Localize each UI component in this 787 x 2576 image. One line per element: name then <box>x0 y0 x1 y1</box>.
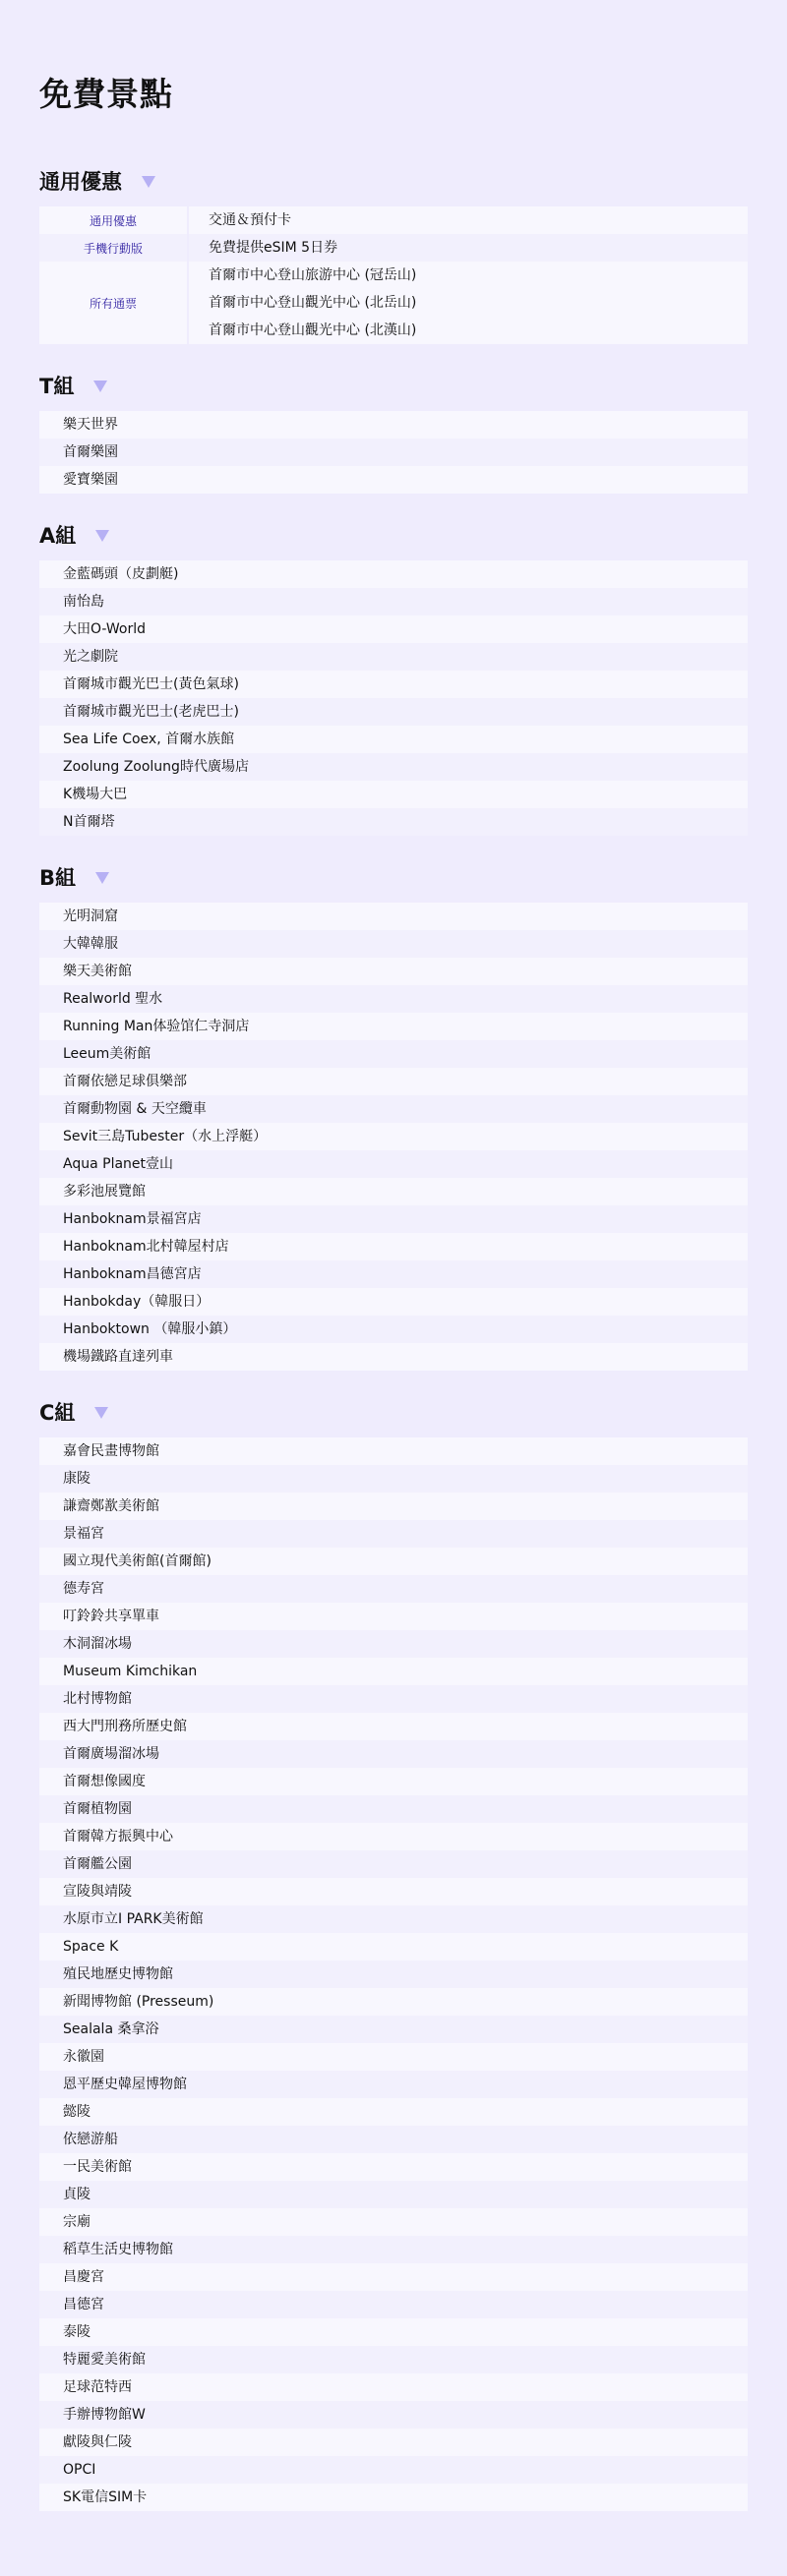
list-item: 愛寶樂園 <box>39 466 748 494</box>
section-title: A組 <box>39 519 76 553</box>
attraction-list: 嘉會民畫博物館康陵謙齋鄭歚美術館景福宮國立現代美術館(首爾館)德寿宮叮鈴鈴共享單… <box>39 1437 748 2511</box>
list-item: 手辦博物館W <box>39 2401 748 2429</box>
page: 免費景點 通用優惠 通用優惠交通＆預付卡手機行動版免費提供eSIM 5日券所有通… <box>0 0 787 2576</box>
row-values: 免費提供eSIM 5日券 <box>189 234 748 262</box>
list-item: 首爾廣場溜冰場 <box>39 1740 748 1768</box>
list-item: 多彩池展覽館 <box>39 1178 748 1205</box>
list-item: 永徽園 <box>39 2043 748 2071</box>
list-item: 宣陵與靖陵 <box>39 1878 748 1905</box>
row-label: 所有通票 <box>39 262 189 344</box>
list-item: 叮鈴鈴共享單車 <box>39 1603 748 1630</box>
list-item: 大田O-World <box>39 615 748 643</box>
list-item: 首爾動物園 & 天空纜車 <box>39 1095 748 1123</box>
section-header[interactable]: A組 <box>39 519 748 553</box>
row-value: 交通＆預付卡 <box>209 206 748 234</box>
list-item: 光之劇院 <box>39 643 748 671</box>
list-item: 獻陵與仁陵 <box>39 2429 748 2456</box>
row-value: 免費提供eSIM 5日券 <box>209 234 748 262</box>
list-item: Hanboktown （韓服小鎮） <box>39 1316 748 1343</box>
list-item: 南怡島 <box>39 588 748 615</box>
attraction-list: 樂天世界首爾樂園愛寶樂園 <box>39 411 748 494</box>
list-item: Zoolung Zoolung時代廣場店 <box>39 753 748 781</box>
table-row: 所有通票首爾市中心登山旅游中心 (冠岳山)首爾市中心登山觀光中心 (北岳山)首爾… <box>39 262 748 344</box>
list-item: Hanboknam昌德宮店 <box>39 1260 748 1288</box>
list-item: 足球范特西 <box>39 2373 748 2401</box>
list-item: 景福宮 <box>39 1520 748 1548</box>
section-group: B組光明洞窟大韓韓服樂天美術館Realworld 聖水Running Man体验… <box>39 861 748 1371</box>
list-item: Hanboknam北村韓屋村店 <box>39 1233 748 1260</box>
list-item: 特麗愛美術館 <box>39 2346 748 2373</box>
list-item: 懿陵 <box>39 2098 748 2126</box>
section-title: C組 <box>39 1396 75 1430</box>
list-item: 首爾想像國度 <box>39 1768 748 1795</box>
section-header[interactable]: T組 <box>39 370 748 403</box>
section-general: 通用優惠 通用優惠交通＆預付卡手機行動版免費提供eSIM 5日券所有通票首爾市中… <box>39 165 748 344</box>
row-values: 交通＆預付卡 <box>189 206 748 234</box>
list-item: 德寿宮 <box>39 1575 748 1603</box>
list-item: 水原市立I PARK美術館 <box>39 1905 748 1933</box>
list-item: SK電信SIM卡 <box>39 2484 748 2511</box>
list-item: 首爾城市觀光巴士(老虎巴士) <box>39 698 748 726</box>
list-item: 首爾城市觀光巴士(黃色氣球) <box>39 671 748 698</box>
general-benefits-table: 通用優惠交通＆預付卡手機行動版免費提供eSIM 5日券所有通票首爾市中心登山旅游… <box>39 206 748 344</box>
row-values: 首爾市中心登山旅游中心 (冠岳山)首爾市中心登山觀光中心 (北岳山)首爾市中心登… <box>189 262 748 344</box>
section-header[interactable]: B組 <box>39 861 748 895</box>
list-item: 康陵 <box>39 1465 748 1493</box>
list-item: 嘉會民畫博物館 <box>39 1437 748 1465</box>
list-item: 謙齋鄭歚美術館 <box>39 1493 748 1520</box>
list-item: 北村博物館 <box>39 1685 748 1713</box>
list-item: OPCI <box>39 2456 748 2484</box>
list-item: 首爾艦公園 <box>39 1850 748 1878</box>
chevron-down-icon[interactable] <box>95 872 109 884</box>
list-item: 機場鐵路直達列車 <box>39 1343 748 1371</box>
list-item: 一民美術館 <box>39 2153 748 2181</box>
list-item: 國立現代美術館(首爾館) <box>39 1548 748 1575</box>
chevron-down-icon[interactable] <box>94 1407 108 1419</box>
list-item: 首爾植物園 <box>39 1795 748 1823</box>
list-item: Leeum美術館 <box>39 1040 748 1068</box>
list-item: 樂天美術館 <box>39 958 748 985</box>
list-item: N首爾塔 <box>39 808 748 836</box>
list-item: 恩平歷史韓屋博物館 <box>39 2071 748 2098</box>
table-row: 通用優惠交通＆預付卡 <box>39 206 748 234</box>
list-item: 大韓韓服 <box>39 930 748 958</box>
chevron-down-icon[interactable] <box>142 176 155 188</box>
list-item: 金藍碼頭（皮劃艇) <box>39 560 748 588</box>
list-item: 昌德宮 <box>39 2291 748 2318</box>
list-item: 新聞博物館 (Presseum) <box>39 1988 748 2016</box>
list-item: Hanboknam景福宮店 <box>39 1205 748 1233</box>
list-item: 稻草生活史博物館 <box>39 2236 748 2263</box>
section-group: C組嘉會民畫博物館康陵謙齋鄭歚美術館景福宮國立現代美術館(首爾館)德寿宮叮鈴鈴共… <box>39 1396 748 2511</box>
section-title: 通用優惠 <box>39 165 122 199</box>
row-value: 首爾市中心登山旅游中心 (冠岳山) <box>209 262 748 289</box>
list-item: Sevit三島Tubester（水上浮艇） <box>39 1123 748 1150</box>
groups-container: T組樂天世界首爾樂園愛寶樂園A組金藍碼頭（皮劃艇)南怡島大田O-World光之劇… <box>39 370 748 2511</box>
list-item: 殖民地歷史博物館 <box>39 1961 748 1988</box>
section-title: T組 <box>39 370 74 403</box>
list-item: Museum Kimchikan <box>39 1658 748 1685</box>
list-item: Realworld 聖水 <box>39 985 748 1013</box>
list-item: K機場大巴 <box>39 781 748 808</box>
list-item: 首爾韓方振興中心 <box>39 1823 748 1850</box>
row-label: 手機行動版 <box>39 234 189 262</box>
list-item: 光明洞窟 <box>39 903 748 930</box>
list-item: 依戀游船 <box>39 2126 748 2153</box>
row-value: 首爾市中心登山觀光中心 (北漢山) <box>209 317 748 344</box>
section-group: T組樂天世界首爾樂園愛寶樂園 <box>39 370 748 494</box>
chevron-down-icon[interactable] <box>93 381 107 392</box>
list-item: 木洞溜冰場 <box>39 1630 748 1658</box>
list-item: 西大門刑務所歷史館 <box>39 1713 748 1740</box>
row-value: 首爾市中心登山觀光中心 (北岳山) <box>209 289 748 317</box>
section-group: A組金藍碼頭（皮劃艇)南怡島大田O-World光之劇院首爾城市觀光巴士(黃色氣球… <box>39 519 748 836</box>
list-item: 貞陵 <box>39 2181 748 2208</box>
page-title: 免費景點 <box>39 71 748 118</box>
table-row: 手機行動版免費提供eSIM 5日券 <box>39 234 748 262</box>
attraction-list: 光明洞窟大韓韓服樂天美術館Realworld 聖水Running Man体验馆仁… <box>39 903 748 1371</box>
attraction-list: 金藍碼頭（皮劃艇)南怡島大田O-World光之劇院首爾城市觀光巴士(黃色氣球)首… <box>39 560 748 836</box>
section-header[interactable]: C組 <box>39 1396 748 1430</box>
list-item: Sea Life Coex, 首爾水族館 <box>39 726 748 753</box>
list-item: Aqua Planet壹山 <box>39 1150 748 1178</box>
list-item: 泰陵 <box>39 2318 748 2346</box>
list-item: Space K <box>39 1933 748 1961</box>
list-item: Running Man体验馆仁寺洞店 <box>39 1013 748 1040</box>
list-item: Hanbokday（韓服日） <box>39 1288 748 1316</box>
list-item: 樂天世界 <box>39 411 748 439</box>
row-label: 通用優惠 <box>39 206 189 234</box>
chevron-down-icon[interactable] <box>95 530 109 542</box>
section-header-general[interactable]: 通用優惠 <box>39 165 748 199</box>
list-item: 首爾樂園 <box>39 439 748 466</box>
list-item: 首爾依戀足球俱樂部 <box>39 1068 748 1095</box>
list-item: 昌慶宮 <box>39 2263 748 2291</box>
section-title: B組 <box>39 861 76 895</box>
list-item: Sealala 桑拿浴 <box>39 2016 748 2043</box>
list-item: 宗廟 <box>39 2208 748 2236</box>
